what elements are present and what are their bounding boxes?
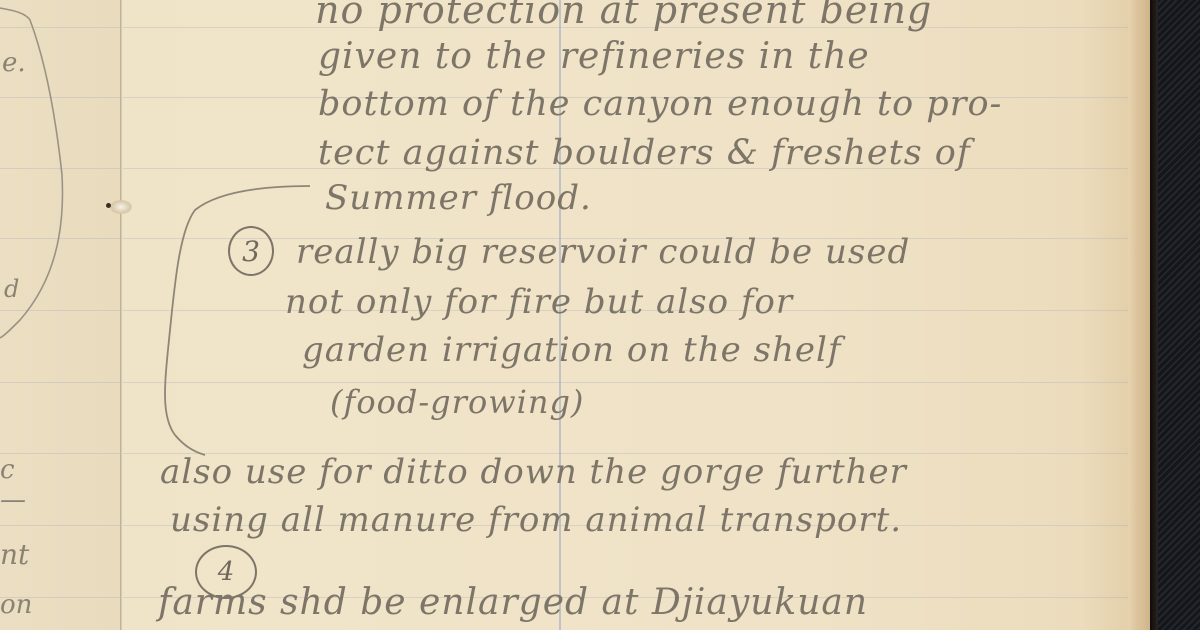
- handwritten-line: not only for fire but also for: [285, 282, 793, 322]
- handwritten-line: also use for ditto down the gorge furthe…: [160, 452, 907, 492]
- cover-edge: [1150, 0, 1158, 630]
- notebook-page: e. d c — nt on no protection at present …: [0, 0, 1200, 630]
- handwritten-line: garden irrigation on the shelf: [302, 330, 841, 370]
- handwritten-line: no protection at present being: [315, 0, 932, 32]
- handwritten-line: really big reservoir could be used: [296, 232, 910, 272]
- left-fragment: c: [0, 455, 15, 485]
- handwritten-line: using all manure from animal transport.: [170, 500, 902, 540]
- left-fragment: —: [0, 485, 26, 515]
- left-fragment: nt: [0, 538, 29, 571]
- handwritten-line: bottom of the canyon enough to pro-: [318, 84, 1002, 124]
- handwritten-line: tect against boulders & freshets of: [318, 133, 971, 173]
- left-fragment: d: [4, 275, 19, 303]
- left-fragment: e.: [2, 48, 26, 78]
- left-fragment: on: [0, 590, 32, 620]
- handwritten-line: farms shd be enlarged at Djiayukuan: [158, 582, 868, 623]
- item-number-3: 3: [228, 226, 274, 276]
- handwritten-line: Summer flood.: [325, 178, 592, 218]
- handwritten-line: given to the refineries in the: [318, 36, 870, 77]
- page-edge: [1128, 0, 1150, 630]
- handwritten-line: (food-growing): [330, 383, 584, 421]
